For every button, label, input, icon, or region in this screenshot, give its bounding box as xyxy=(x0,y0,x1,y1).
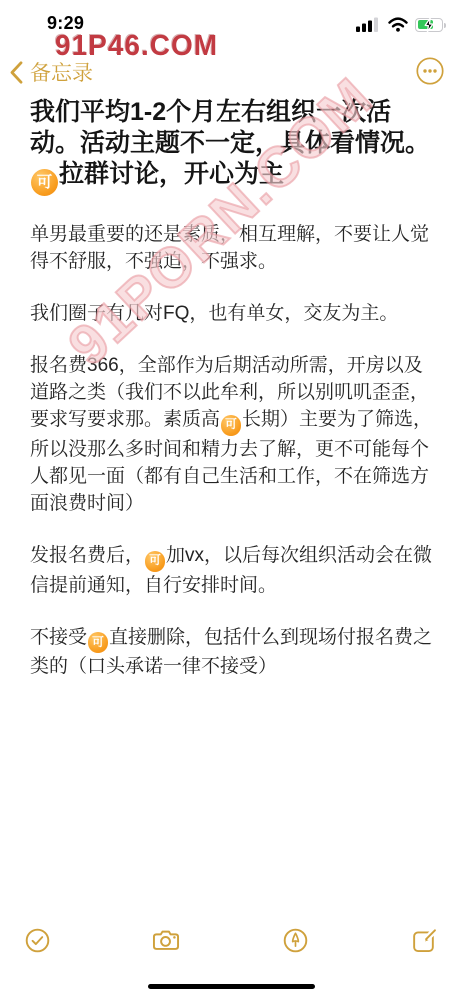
note-paragraph-5: 不接受可直接删除，包括什么到现场付报名费之类的（口头承诺一律不接受） xyxy=(30,624,436,681)
markup-button[interactable] xyxy=(281,925,311,955)
home-indicator[interactable] xyxy=(148,984,315,989)
compose-button[interactable] xyxy=(410,925,440,955)
status-time: 9:29 xyxy=(47,13,84,34)
wifi-icon xyxy=(388,17,408,32)
cellular-signal-icon xyxy=(356,17,381,32)
chevron-left-icon xyxy=(10,61,23,84)
status-icons xyxy=(356,17,443,32)
more-options-button[interactable] xyxy=(416,57,444,85)
checkmark-circle-icon xyxy=(24,927,51,954)
ellipsis-icon xyxy=(416,57,444,85)
compose-icon xyxy=(411,927,438,954)
checklist-button[interactable] xyxy=(22,925,52,955)
note-content[interactable]: 我们平均1-2个月左右组织一次活动。活动主题不一定，具体看情况。可拉群讨论，开心… xyxy=(30,97,436,705)
accept-emoji: 可 xyxy=(221,415,242,436)
back-button-label: 备忘录 xyxy=(30,57,93,87)
status-bar: 9:29 xyxy=(0,0,463,46)
camera-button[interactable] xyxy=(151,925,181,955)
accept-emoji: 可 xyxy=(31,169,59,197)
note-paragraph-3: 报名费366，全部作为后期活动所需，开房以及道路之类（我们不以此牟利，所以别叽叽… xyxy=(30,352,436,517)
note-title: 我们平均1-2个月左右组织一次活动。活动主题不一定，具体看情况。可拉群讨论，开心… xyxy=(30,97,436,196)
nav-bar: 备忘录 xyxy=(0,55,463,95)
back-button[interactable]: 备忘录 xyxy=(10,57,93,87)
notes-app-screen: 9:29 91P46.COM xyxy=(0,0,463,1000)
battery-cap xyxy=(444,23,446,28)
markup-pen-icon xyxy=(282,927,309,954)
accept-emoji: 可 xyxy=(145,551,166,572)
bottom-toolbar xyxy=(0,916,463,964)
accept-emoji: 可 xyxy=(88,632,109,653)
camera-icon xyxy=(151,928,181,953)
charging-bolt-icon xyxy=(423,17,435,33)
note-paragraph-4: 发报名费后，可加vx，以后每次组织活动会在微信提前通知，自行安排时间。 xyxy=(30,542,436,599)
note-paragraph-1: 单男最重要的还是素质，相互理解，不要让人觉得不舒服，不强迫，不强求。 xyxy=(30,221,436,275)
note-paragraph-2: 我们圈子有几对FQ，也有单女，交友为主。 xyxy=(30,300,436,327)
battery-charging-icon xyxy=(415,18,443,32)
